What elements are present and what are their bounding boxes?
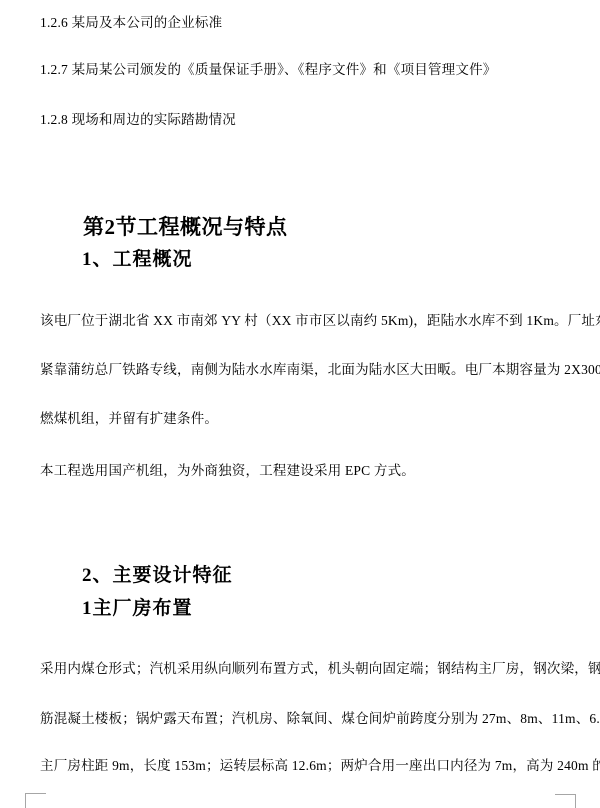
subsection-1-heading: 1、工程概况 — [82, 250, 193, 269]
list-item-1-2-8: 1.2.8 现场和周边的实际踏勘情况 — [40, 113, 236, 127]
section-2-heading: 第2节工程概况与特点 — [83, 217, 288, 238]
subsection-2-1-heading: 1主厂房布置 — [82, 599, 193, 618]
crop-mark-bottom-right — [555, 794, 576, 808]
paragraph-line: 本工程选用国产机组，为外商独资，工程建设采用 EPC 方式。 — [40, 464, 415, 478]
crop-mark-bottom-left — [25, 793, 46, 808]
paragraph-line: 该电厂位于湖北省 XX 市南郊 YY 村（XX 市市区以南约 5Km)，距陆水水… — [40, 314, 600, 328]
paragraph-line: 采用内煤仓形式；汽机采用纵向顺列布置方式，机头朝向固定端；钢结构主厂房，钢次梁，… — [40, 662, 600, 676]
list-item-1-2-7: 1.2.7 某局某公司颁发的《质量保证手册》、《程序文件》和《项目管理文件》 — [40, 63, 496, 77]
document-page: 1.2.6 某局及本公司的企业标准 1.2.7 某局某公司颁发的《质量保证手册》… — [0, 0, 600, 808]
paragraph-line: 紧靠蒲纺总厂铁路专线，南侧为陆水水库南渠，北面为陆水区大田畈。电厂本期容量为 2… — [40, 363, 600, 377]
paragraph-line: 主厂房柱距 9m，长度 153m；运转层标高 12.6m；两炉合用一座出口内径为… — [40, 759, 600, 773]
subsection-2-heading: 2、主要设计特征 — [82, 566, 233, 585]
paragraph-line: 筋混凝土楼板；锅炉露天布置；汽机房、除氧间、煤仓间炉前跨度分别为 27m、8m、… — [40, 712, 600, 726]
list-item-1-2-6: 1.2.6 某局及本公司的企业标准 — [40, 16, 222, 30]
paragraph-line: 燃煤机组，并留有扩建条件。 — [40, 412, 218, 426]
